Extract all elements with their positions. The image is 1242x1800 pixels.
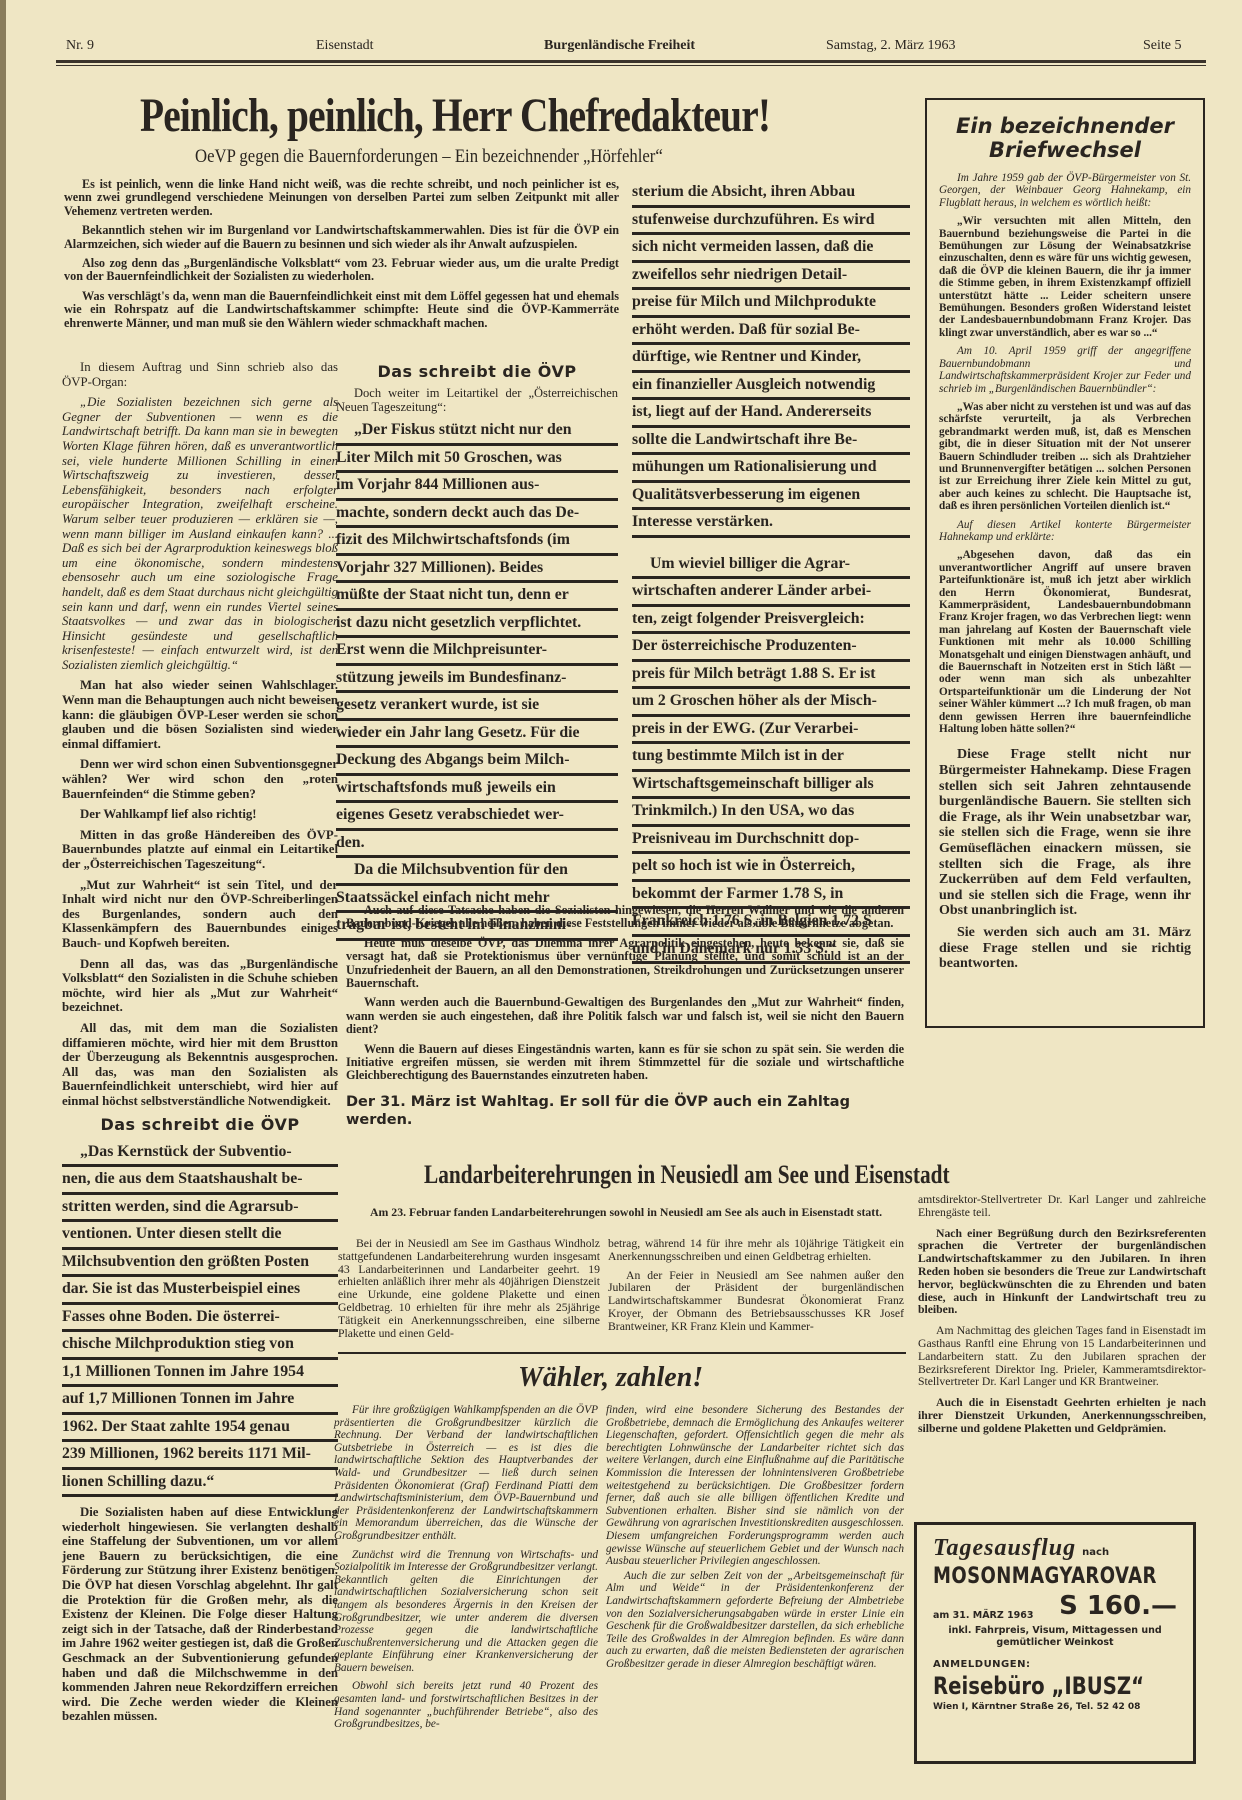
main-subhead: OeVP gegen die Bauernforderungen – Ein b… [195, 146, 663, 168]
quote-line: fizit des Milchwirtschaftsfonds (im [336, 528, 618, 556]
quote-line: Milchsubvention den größten Posten [62, 1250, 338, 1278]
quote-line: auf 1,7 Millionen Tonnen im Jahre [62, 1387, 338, 1415]
paragraph: Auch auf diese Tatsache haben die Sozial… [346, 904, 904, 931]
quote-line: Liter Milch mit 50 Groschen, was [336, 446, 618, 474]
intro-paragraph: Was verschlägt's da, wenn man die Bauern… [64, 290, 619, 330]
quote-line: lionen Schilling dazu.“ [62, 1470, 338, 1498]
quote-line: erhöht werden. Daß für sozial Be- [632, 318, 910, 346]
ad-agency: Reisebüro „IBUSZ“ [933, 1672, 1133, 1700]
quote-line: 1962. Der Staat zahlte 1954 genau [62, 1415, 338, 1443]
quote-line: pelt so hoch ist wie in Österreich, [632, 854, 910, 882]
masthead-rule-thin [56, 65, 1206, 66]
ad-address: Wien I, Kärntner Straße 26, Tel. 52 42 0… [933, 1702, 1177, 1712]
quote-line: ten, zeigt folgender Preisvergleich: [632, 607, 910, 635]
masthead-rule [56, 60, 1206, 63]
quote-line: Da die Milchsubvention für den [336, 858, 618, 886]
land-article-column-2: betrag, während 14 für ihre mehr als 10j… [608, 1238, 904, 1340]
paragraph: Denn all das, was das „Burgenländische V… [62, 957, 338, 1015]
paragraph: Auch die zur selben Zeit von der „Arbeit… [606, 1570, 904, 1671]
waehler-article-column-1: Für ihre großzügigen Wahlkampfspenden an… [334, 1404, 598, 1737]
paragraph: finden, wird eine besondere Sicherung de… [606, 1404, 904, 1568]
wahltag-statement: Der 31. März ist Wahltag. Er soll für di… [346, 1093, 904, 1129]
quote-line: um 2 Groschen höher als der Misch- [632, 689, 910, 717]
issue-number: Nr. 9 [66, 38, 94, 54]
article-column-2: Das schreibt die ÖVP Doch weiter im Leit… [336, 362, 618, 941]
quote-line: sich nicht vermeiden lassen, daß die [632, 235, 910, 263]
land-article-title: Landarbeiterehrungen in Neusiedl am See … [424, 1160, 950, 1190]
sidebar-title-line: Briefwechsel [939, 138, 1191, 162]
quote-line: „Der Fiskus stützt nicht nur den [336, 418, 618, 446]
paragraph: Auf diesen Artikel konterte Bürgermeiste… [939, 519, 1191, 544]
quote-paragraph: „Was aber nicht zu verstehen ist und was… [939, 401, 1191, 513]
paragraph: Doch weiter im Leitartikel der „Österrei… [336, 387, 618, 414]
quote-line: Deckung des Abgangs beim Milch- [336, 748, 618, 776]
travel-advertisement: Tagesausflugnach MOSONMAGYAROVAR am 31. … [914, 1522, 1196, 1764]
ad-headline: Tagesausflugnach [933, 1535, 1177, 1562]
paragraph: „Mut zur Wahrheit“ ist sein Titel, und d… [62, 878, 338, 951]
quote-line: stufenweise durchzuführen. Es wird [632, 208, 910, 236]
ad-title: Tagesausflug [933, 1535, 1076, 1561]
paragraph: amtsdirektor-Stellvertreter Dr. Karl Lan… [918, 1194, 1206, 1220]
quote-line: stützung jeweils im Bundesfinanz- [336, 666, 618, 694]
ad-includes: inkl. Fahrpreis, Visum, Mittagessen und … [933, 1625, 1177, 1649]
paragraph: Nach einer Begrüßung durch den Bezirksre… [918, 1228, 1206, 1318]
section-heading: Das schreibt die ÖVP [336, 362, 618, 381]
underlined-quote: sterium die Absicht, ihren Abbau stufenw… [632, 180, 910, 538]
quote-line: wirtschaftsfonds muß jeweils ein [336, 776, 618, 804]
quote-line: mühungen um Rationalisierung und [632, 455, 910, 483]
quote-line: „Das Kernstück der Subventio- [62, 1140, 338, 1168]
quote-line: wirtschaften anderer Länder arbei- [632, 579, 910, 607]
paragraph: Bei der in Neusiedl am See im Gasthaus W… [338, 1238, 600, 1340]
paragraph: An der Feier in Neusiedl am See nahmen a… [608, 1270, 904, 1334]
page-edge [0, 0, 6, 1800]
quote-line: zweifellos sehr niedrigen Detail- [632, 263, 910, 291]
quote-line: Vorjahr 327 Millionen). Beides [336, 556, 618, 584]
quote-line: 1,1 Millionen Tonnen im Jahre 1954 [62, 1360, 338, 1388]
sidebar-briefwechsel: Ein bezeichnender Briefwechsel Im Jahre … [925, 98, 1205, 1028]
underlined-quote: „Der Fiskus stützt nicht nur den Liter M… [336, 418, 618, 941]
quote-line: Interesse verstärken. [632, 510, 910, 538]
paragraph: Wenn die Bauern auf dieses Eingeständnis… [346, 1043, 904, 1083]
quote-line: eigenes Gesetz verabschiedet wer- [336, 803, 618, 831]
quote-line: ist, liegt auf der Hand. Andererseits [632, 400, 910, 428]
quote-line: gesetz verankert wurde, ist sie [336, 693, 618, 721]
quote-line: sollte die Landwirtschaft ihre Be- [632, 428, 910, 456]
paragraph: Auch die in Eisenstadt Geehrten erhielte… [918, 1397, 1206, 1435]
sidebar-title: Ein bezeichnender Briefwechsel [939, 114, 1191, 162]
quote-line: sterium die Absicht, ihren Abbau [632, 180, 910, 208]
paragraph: Für ihre großzügigen Wahlkampfspenden an… [334, 1404, 598, 1543]
paragraph: Wann werden auch die Bauernbund-Gewaltig… [346, 996, 904, 1036]
quote-paragraph: „Die Sozialisten bezeichnen sich gerne a… [62, 395, 338, 672]
issue-date: Samstag, 2. März 1963 [826, 38, 955, 54]
page-number: Seite 5 [1143, 38, 1182, 54]
underlined-quote: „Das Kernstück der Subventio- nen, die a… [62, 1140, 338, 1498]
main-headline: Peinlich, peinlich, Herr Chefredakteur! [140, 88, 770, 143]
ad-price: S 160.— [1059, 1591, 1177, 1621]
masthead: Nr. 9 Eisenstadt Burgenländische Freihei… [66, 38, 1206, 62]
paragraph: Der Wahlkampf lief also richtig! [62, 807, 338, 822]
ad-registration-label: ANMELDUNGEN: [933, 1659, 1177, 1670]
land-article-column-3: amtsdirektor-Stellvertreter Dr. Karl Lan… [918, 1194, 1206, 1442]
quote-line: chische Milchproduktion stieg von [62, 1332, 338, 1360]
quote-paragraph: „Abgesehen davon, daß das ein unverantwo… [939, 549, 1191, 735]
waehler-article-column-2: finden, wird eine besondere Sicherung de… [606, 1404, 904, 1676]
intro-paragraph: Es ist peinlich, wenn die linke Hand nic… [64, 178, 619, 218]
paragraph: Sie werden sich auch am 31. März diese F… [939, 925, 1191, 972]
paper-name: Burgenländische Freiheit [544, 38, 695, 54]
paragraph: Die Sozialisten haben auf diese Entwickl… [62, 1505, 338, 1724]
quote-line: machte, sondern deckt auch das De- [336, 501, 618, 529]
quote-line: Fasses ohne Boden. Die österrei- [62, 1305, 338, 1333]
paragraph: Obwohl sich bereits jetzt rund 40 Prozen… [334, 1680, 598, 1730]
quote-line: nen, die aus dem Staatshaushalt be- [62, 1167, 338, 1195]
article-column-1: In diesem Auftrag und Sinn schrieb also … [62, 360, 338, 1730]
waehler-article-title: Wähler, zahlen! [518, 1362, 703, 1394]
quote-line: tung bestimmte Milch ist in der [632, 744, 910, 772]
ad-date-price-row: am 31. MÄRZ 1963 S 160.— [933, 1591, 1177, 1621]
quote-line: preis für Milch beträgt 1.88 S. Er ist [632, 662, 910, 690]
ad-nach: nach [1082, 1547, 1109, 1558]
quote-line: Preisniveau im Durchschnitt dop- [632, 827, 910, 855]
quote-line: stritten werden, sind die Agrarsub- [62, 1195, 338, 1223]
article-closing: Auch auf diese Tatsache haben die Sozial… [346, 904, 904, 1129]
article-column-3: sterium die Absicht, ihren Abbau stufenw… [632, 180, 910, 964]
paragraph: Denn wer wird schon einen Subventionsgeg… [62, 757, 338, 801]
paragraph: Im Jahre 1959 gab der ÖVP-Bürgermeister … [939, 172, 1191, 209]
intro-paragraph: Bekanntlich stehen wir im Burgenland vor… [64, 224, 619, 251]
section-divider [338, 1352, 906, 1354]
paragraph: Am 10. April 1959 griff der angegriffene… [939, 345, 1191, 395]
land-article-lead: Am 23. Februar fanden Landarbeiterehrung… [352, 1206, 904, 1219]
section-heading: Das schreibt die ÖVP [62, 1115, 338, 1134]
paragraph: All das, mit dem man die Sozialisten dif… [62, 1021, 338, 1109]
paragraph: Mitten in das große Händereiben des ÖVP-… [62, 828, 338, 872]
quote-line: preis in der EWG. (Zur Verarbei- [632, 717, 910, 745]
paragraph: Am Nachmittag des gleichen Tages fand in… [918, 1325, 1206, 1389]
quote-line: dar. Sie ist das Musterbeispiel eines [62, 1277, 338, 1305]
quote-line: preise für Milch und Milchprodukte [632, 290, 910, 318]
quote-line: den. [336, 831, 618, 859]
ad-date: am 31. MÄRZ 1963 [933, 1610, 1034, 1621]
quote-line: müßte der Staat nicht tun, denn er [336, 583, 618, 611]
quote-line: Qualitätsverbesserung im eigenen [632, 483, 910, 511]
land-article-column-1: Bei der in Neusiedl am See im Gasthaus W… [338, 1238, 600, 1346]
quote-line: Wirtschaftsgemeinschaft billiger als [632, 772, 910, 800]
paragraph: Heute muß dieselbe ÖVP, das Dilemma ihre… [346, 937, 904, 991]
quote-line: Erst wenn die Milchpreisunter- [336, 638, 618, 666]
quote-line: dürftige, wie Rentner und Kinder, [632, 345, 910, 373]
quote-paragraph: „Wir versuchten mit allen Mitteln, den B… [939, 215, 1191, 339]
quote-line: im Vorjahr 844 Millionen aus- [336, 473, 618, 501]
ad-destination: MOSONMAGYAROVAR [933, 1564, 1133, 1589]
sidebar-title-line: Ein bezeichnender [939, 114, 1191, 138]
paragraph: Man hat also wieder seinen Wahlschlager.… [62, 678, 338, 751]
paragraph: In diesem Auftrag und Sinn schrieb also … [62, 360, 338, 389]
quote-line: wieder ein Jahr lang Gesetz. Für die [336, 721, 618, 749]
quote-line: Der österreichische Produzenten- [632, 634, 910, 662]
paragraph: Diese Frage stellt nicht nur Bürgermeist… [939, 747, 1191, 919]
quote-line: 239 Millionen, 1962 bereits 1171 Mil- [62, 1442, 338, 1470]
quote-line: ist dazu nicht gesetzlich verpflichtet. [336, 611, 618, 639]
paragraph: betrag, während 14 für ihre mehr als 10j… [608, 1238, 904, 1264]
quote-line: Trinkmilch.) In den USA, wo das [632, 799, 910, 827]
place: Eisenstadt [316, 38, 374, 54]
quote-line: ventionen. Unter diesen stellt die [62, 1222, 338, 1250]
quote-line: ein finanzieller Ausgleich notwendig [632, 373, 910, 401]
quote-line: Um wieviel billiger die Agrar- [632, 552, 910, 580]
paragraph: Zunächst wird die Trennung von Wirtschaf… [334, 1549, 598, 1675]
intro-block: Es ist peinlich, wenn die linke Hand nic… [64, 178, 619, 336]
intro-paragraph: Also zog denn das „Burgenländische Volks… [64, 257, 619, 284]
